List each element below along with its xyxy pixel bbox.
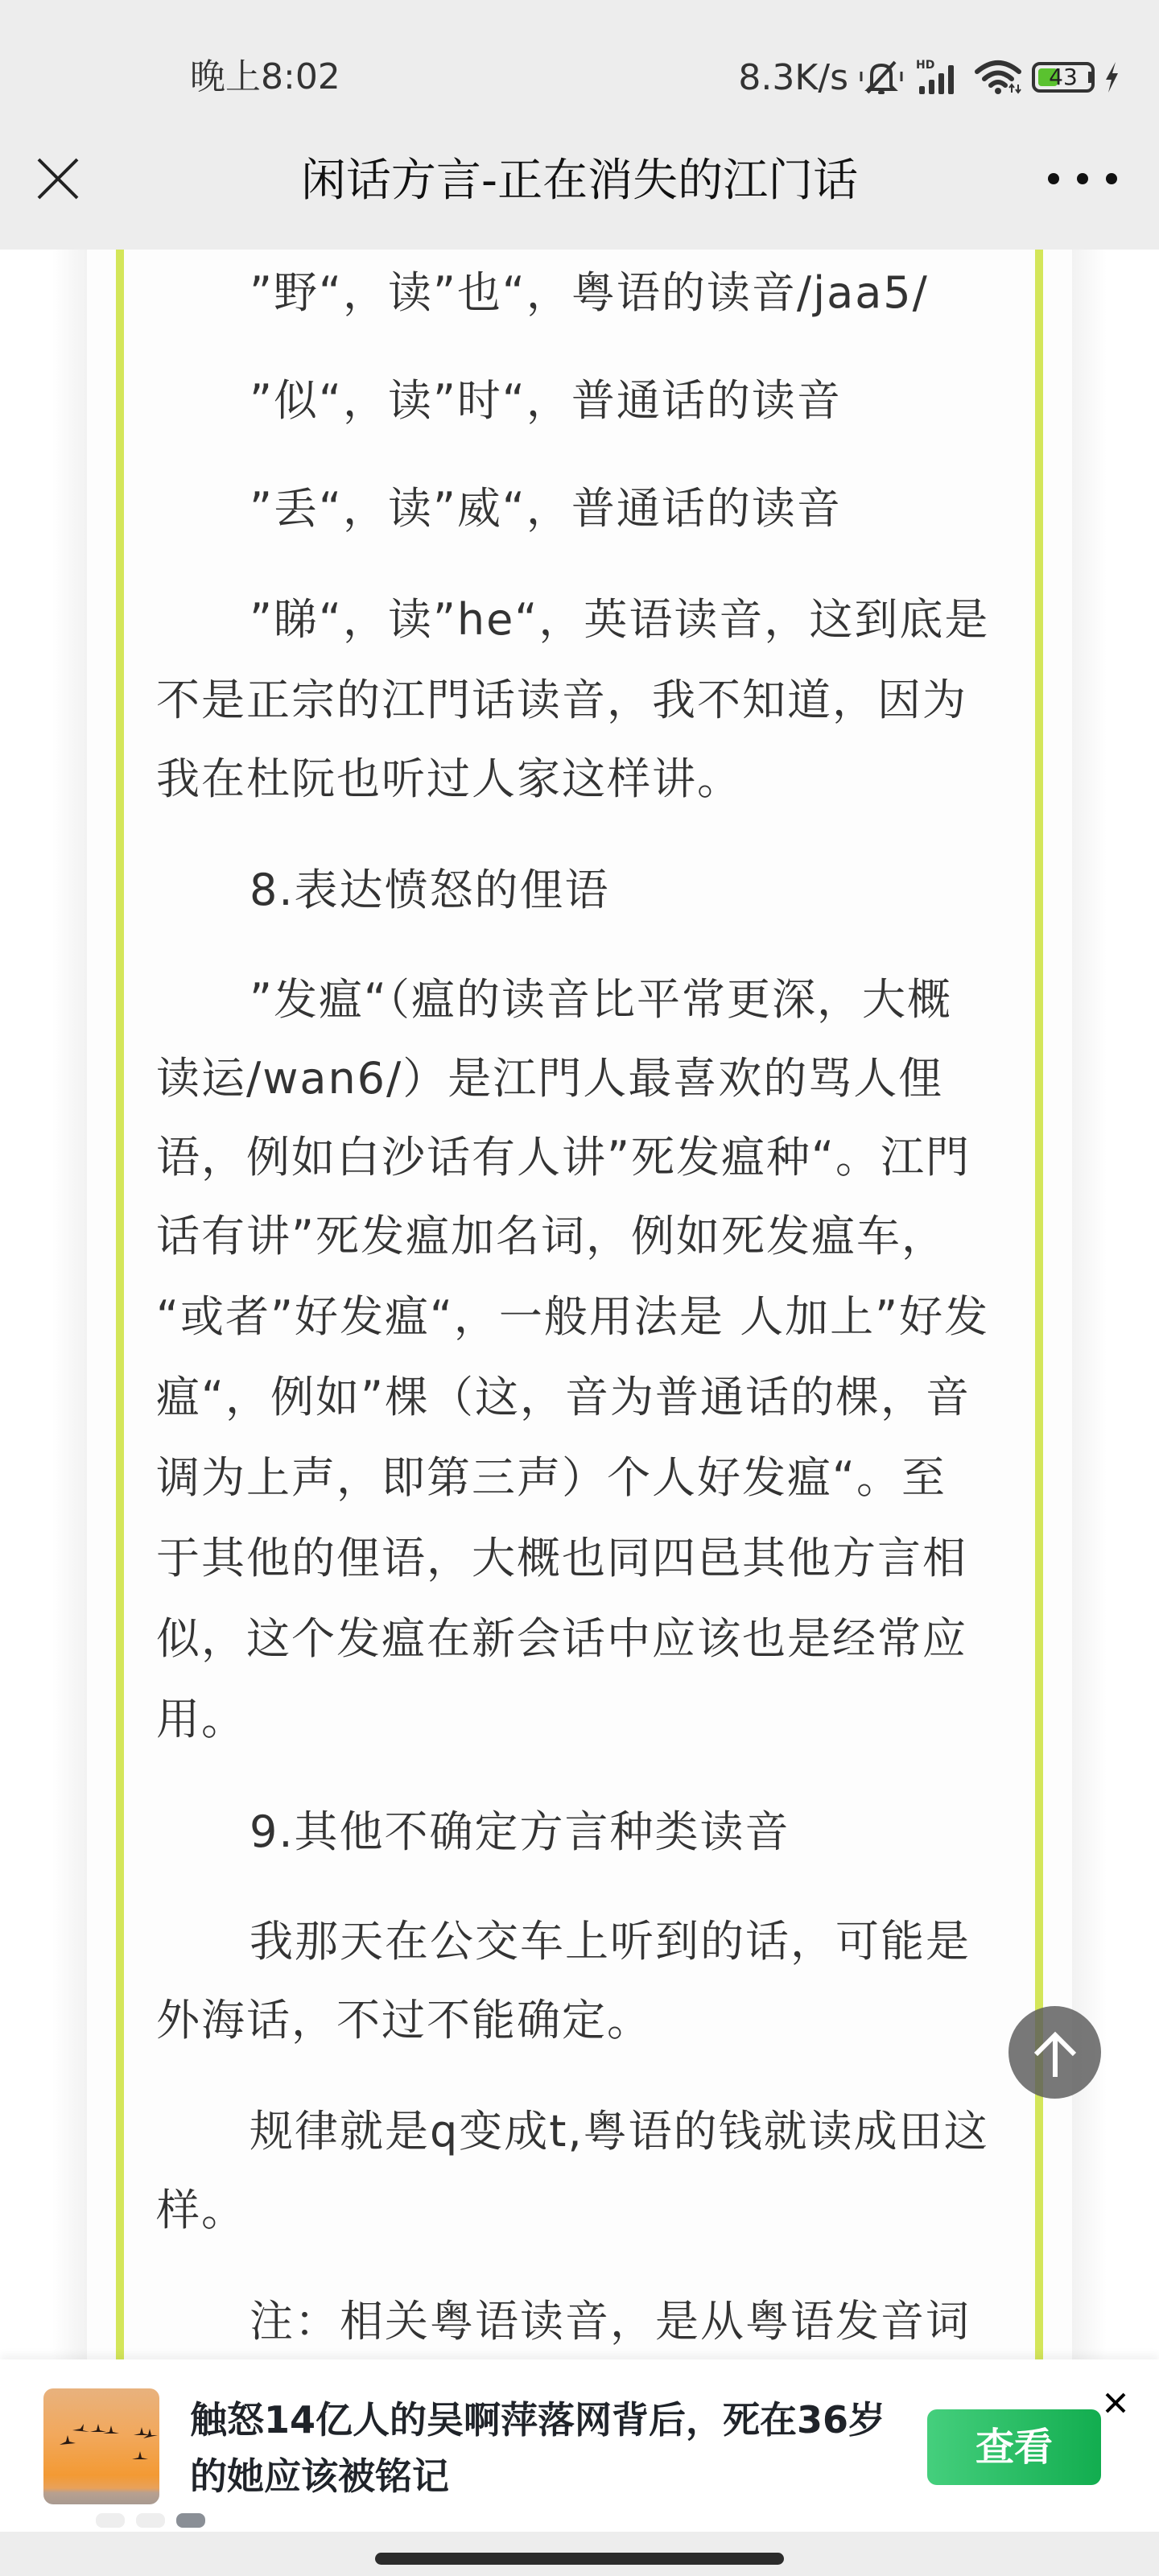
ad-banner[interactable]: 触怒14亿人的吴啊萍落网背后，死在36岁的她应该被铭记 查看: [0, 2359, 1159, 2532]
article-line: ”似“，读”时“，普通话的读音: [250, 369, 842, 433]
carousel-dot[interactable]: [96, 2513, 125, 2528]
arrow-up-icon: [1029, 2027, 1081, 2079]
gesture-area: [0, 2532, 1159, 2576]
article-line: 用。: [156, 1687, 246, 1752]
mute-bell-icon: [858, 57, 905, 97]
battery-level: 43: [1037, 65, 1089, 89]
network-speed: 8.3K/s: [738, 57, 848, 98]
close-icon: [1105, 2392, 1126, 2413]
status-bar: 晚上8:02 8.3K/s HD 43: [0, 0, 1159, 121]
svg-text:HD: HD: [916, 59, 934, 72]
status-icons: 8.3K/s HD 43: [738, 53, 1120, 101]
article-line: 8.表达愤怒的俚语: [250, 858, 610, 923]
article-line: 注：相关粤语读音，是从粤语发音词: [250, 2289, 971, 2354]
charging-icon: [1103, 57, 1120, 97]
close-button[interactable]: [32, 153, 84, 204]
status-time: 晚上8:02: [190, 53, 340, 101]
article-line: 话有讲”死发瘟加名词，例如死发瘟车，: [156, 1204, 947, 1269]
article-line: ”丢“，读”威“，普通话的读音: [250, 477, 842, 541]
home-indicator[interactable]: [375, 2553, 784, 2565]
back-to-top-button[interactable]: [1008, 2006, 1101, 2099]
more-dot: [1077, 173, 1088, 184]
more-dot: [1106, 173, 1117, 184]
article-line: ”睇“，读”he“，英语读音，这到底是: [250, 588, 989, 652]
hd-signal-icon: HD: [914, 57, 964, 97]
close-icon: [37, 158, 79, 200]
article-line: 样。: [156, 2178, 246, 2243]
more-dot: [1048, 173, 1059, 184]
accent-border-left: [116, 250, 124, 2359]
article-line: 读运/wan6/）是江門人最喜欢的骂人俚: [156, 1046, 943, 1111]
ad-close-button[interactable]: [1103, 2390, 1128, 2416]
article-line: ”发瘟“（瘟的读音比平常更深，大概: [250, 968, 952, 1032]
article-line: 我在杜阮也听过人家这样讲。: [156, 747, 742, 811]
article-line: 于其他的俚语，大概也同四邑其他方言相: [156, 1526, 967, 1591]
article-line: 我那天在公交车上听到的话，可能是: [250, 1909, 971, 1974]
view-button[interactable]: 查看: [927, 2409, 1101, 2485]
carousel-dot[interactable]: [136, 2513, 165, 2528]
article-line: 规律就是q变成t,粤语的钱就读成田这: [250, 2099, 989, 2164]
article-line: 似，这个发瘟在新会话中应该也是经常应: [156, 1607, 967, 1671]
article-line: 调为上声，即第三声）个人好发瘟“。至: [156, 1446, 947, 1510]
page-title: 闲话方言-正在消失的江门话: [145, 153, 1014, 209]
article-line: ”野“，读”也“，粤语的读音/jaa5/: [250, 261, 929, 325]
birds-image: [43, 2388, 159, 2504]
carousel-indicator: [96, 2513, 205, 2528]
ad-thumbnail[interactable]: [43, 2388, 159, 2504]
article-line: 9.其他不确定方言种类读音: [250, 1800, 790, 1864]
article-line: 语，例如白沙话有人讲”死发瘟种“。江門: [156, 1125, 971, 1190]
wifi-icon: [974, 57, 1022, 97]
nav-bar: 闲话方言-正在消失的江门话: [0, 121, 1159, 250]
article-line: 外海话，不过不能确定。: [156, 1988, 652, 2053]
carousel-dot-active[interactable]: [176, 2513, 205, 2528]
article-line: 瘟“，例如”棵（这，音为普通话的棵，音: [156, 1365, 971, 1430]
ad-title[interactable]: 触怒14亿人的吴啊萍落网背后，死在36岁的她应该被铭记: [190, 2392, 914, 2504]
more-button[interactable]: [1048, 163, 1117, 195]
article-line: “或者”好发瘟“，一般用法是 人加上”好发: [156, 1285, 989, 1349]
battery-icon: 43: [1032, 57, 1093, 97]
article-line: 不是正宗的江門话读音，我不知道，因为: [156, 668, 967, 733]
